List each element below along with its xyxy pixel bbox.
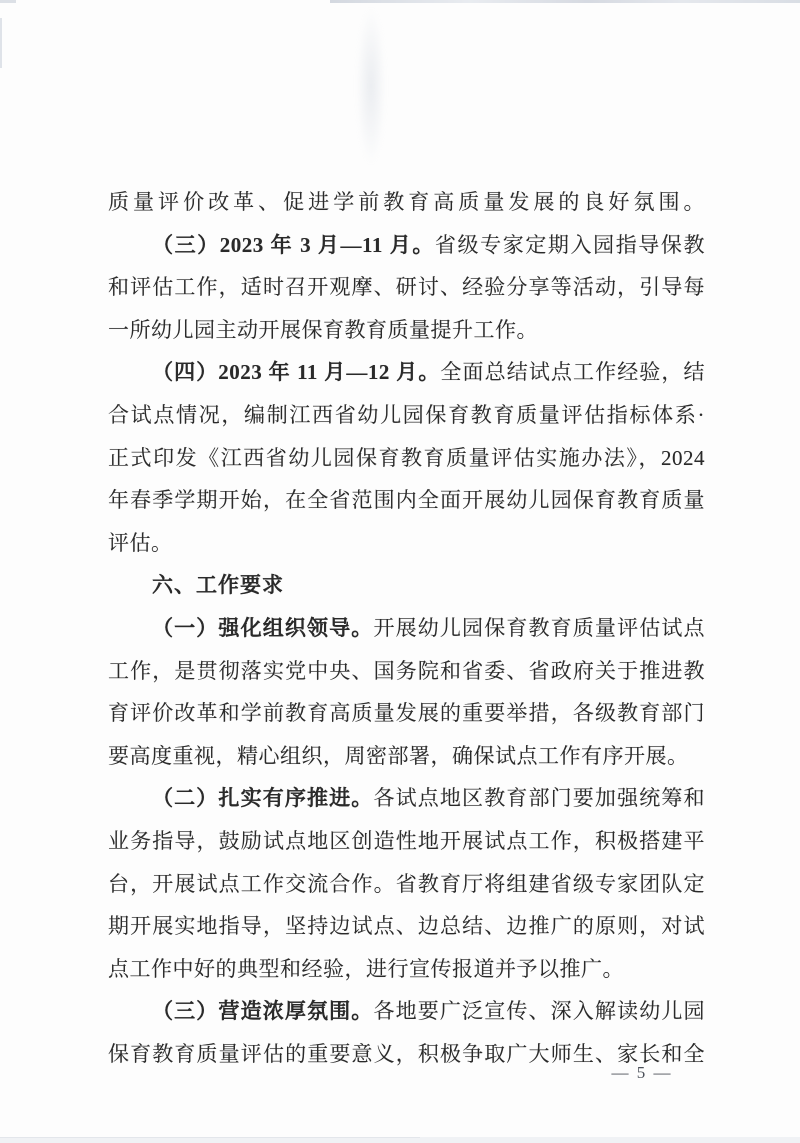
text-line: 工作，是贯彻落实党中央、国务院和省委、省政府关于推进教 — [108, 650, 705, 693]
text-line: 育评价改革和学前教育高质量发展的重要举措，各级教育部门 — [108, 692, 705, 735]
text-line: 点工作中好的典型和经验，进行宣传报道并予以推广。 — [108, 948, 705, 991]
text-line-content: 一所幼儿园主动开展保育教育质量提升工作。 — [108, 318, 538, 342]
section-heading: 六、工作要求 — [108, 564, 705, 607]
text-line: （三）2023 年 3 月—11 月。省级专家定期入园指导保教 — [108, 224, 705, 267]
document-body: 质量评价改革、促进学前教育高质量发展的良好氛围。 （三）2023 年 3 月—1… — [108, 181, 705, 1075]
text-line-content: 评估。 — [108, 531, 173, 555]
paragraph-label: （二）扎实有序推进。 — [152, 786, 373, 810]
text-line: 台，开展试点工作交流合作。省教育厅将组建省级专家团队定 — [108, 863, 705, 906]
text-line: 合试点情况，编制江西省幼儿园保育教育质量评估指标体系· — [108, 394, 705, 437]
scan-artifact-bottom-line — [0, 1137, 420, 1138]
text-line-content: 各试点地区教育部门要加强统筹和 — [373, 786, 705, 810]
paragraph-label: （三）营造浓厚氛围。 — [152, 999, 373, 1023]
text-line-content: 和评估工作，适时召开观摩、研讨、经验分享等活动，引导每 — [108, 275, 705, 299]
text-line: 质量评价改革、促进学前教育高质量发展的良好氛围。 — [108, 181, 705, 224]
text-line-content: 开展幼儿园保育教育质量评估试点 — [373, 616, 705, 640]
text-line-content: 点工作中好的典型和经验，进行宣传报道并予以推广。 — [108, 957, 624, 981]
page-number: — 5 — — [596, 1060, 688, 1086]
paragraph-label: （三）2023 年 3 月—11 月。 — [152, 233, 435, 257]
scan-artifact-left-edge — [0, 18, 2, 68]
text-line: （二）扎实有序推进。各试点地区教育部门要加强统筹和 — [108, 777, 705, 820]
section-heading-label: 六、工作要求 — [152, 574, 284, 597]
text-line-content: 年春季学期开始，在全省范围内全面开展幼儿园保育教育质量 — [108, 488, 705, 512]
paragraph-label: （一）强化组织领导。 — [152, 616, 373, 640]
text-line: （四）2023 年 11 月—12 月。全面总结试点工作经验，结 — [108, 351, 705, 394]
text-line: （三）营造浓厚氛围。各地要广泛宣传、深入解读幼儿园 — [108, 990, 705, 1033]
text-line-content: 育评价改革和学前教育高质量发展的重要举措，各级教育部门 — [108, 701, 705, 725]
text-line: 期开展实地指导，坚持边试点、边总结、边推广的原则，对试 — [108, 905, 705, 948]
text-line-content: 期开展实地指导，坚持边试点、边总结、边推广的原则，对试 — [108, 914, 705, 938]
text-line: 业务指导，鼓励试点地区创造性地开展试点工作，积极搭建平 — [108, 820, 705, 863]
text-line-content: 质量评价改革、促进学前教育高质量发展的良好氛围。 — [108, 190, 705, 214]
text-line-content: 正式印发《江西省幼儿园保育教育质量评估实施办法》，2024 — [108, 446, 705, 470]
text-line: 要高度重视，精心组织，周密部署，确保试点工作有序开展。 — [108, 735, 705, 778]
text-line-content: 工作，是贯彻落实党中央、国务院和省委、省政府关于推进教 — [108, 659, 705, 683]
text-line-content: 省级专家定期入园指导保教 — [435, 233, 705, 257]
text-line: 正式印发《江西省幼儿园保育教育质量评估实施办法》，2024 — [108, 437, 705, 480]
text-line-content: 业务指导，鼓励试点地区创造性地开展试点工作，积极搭建平 — [108, 829, 705, 853]
document-page: 质量评价改革、促进学前教育高质量发展的良好氛围。 （三）2023 年 3 月—1… — [0, 0, 800, 1143]
text-line-content: 要高度重视，精心组织，周密部署，确保试点工作有序开展。 — [108, 744, 689, 768]
text-line: 和评估工作，适时召开观摩、研讨、经验分享等活动，引导每 — [108, 266, 705, 309]
text-line: （一）强化组织领导。开展幼儿园保育教育质量评估试点 — [108, 607, 705, 650]
text-line-content: 台，开展试点工作交流合作。省教育厅将组建省级专家团队定 — [108, 872, 705, 896]
text-line: 一所幼儿园主动开展保育教育质量提升工作。 — [108, 309, 705, 352]
scan-artifact-top-edge — [330, 0, 800, 3]
text-line-content: 合试点情况，编制江西省幼儿园保育教育质量评估指标体系· — [108, 403, 705, 427]
text-line-content: 全面总结试点工作经验，结 — [440, 360, 705, 384]
scan-artifact-smudge — [356, 6, 386, 166]
text-line: 年春季学期开始，在全省范围内全面开展幼儿园保育教育质量 — [108, 479, 705, 522]
paragraph-label: （四）2023 年 11 月—12 月。 — [152, 360, 440, 384]
text-line: 评估。 — [108, 522, 705, 565]
scan-artifact-top-left — [0, 0, 16, 3]
text-line-content: 各地要广泛宣传、深入解读幼儿园 — [373, 999, 705, 1023]
